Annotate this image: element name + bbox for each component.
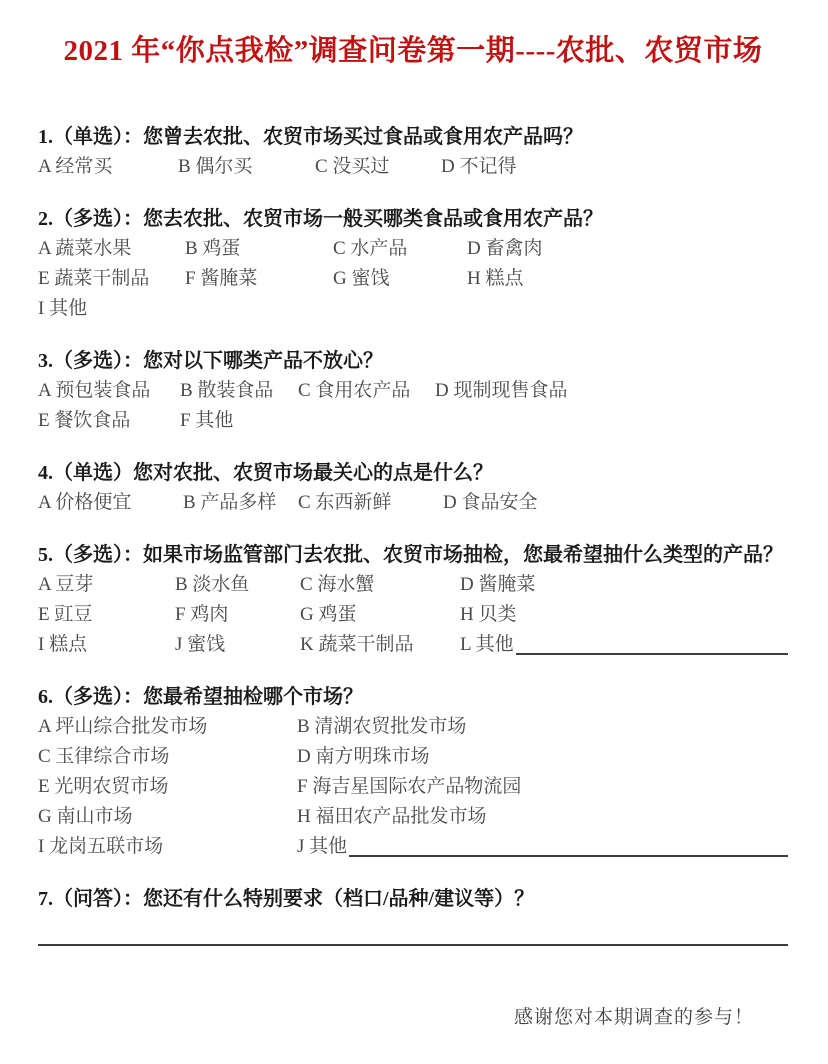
q5-other-blank-line	[516, 652, 788, 655]
q3-option-f: F 其他	[180, 406, 298, 436]
q6-option-c: C 玉律综合市场	[38, 742, 297, 772]
q1-option-c: C 没买过	[315, 152, 441, 182]
q3-option-a: A 预包装食品	[38, 376, 180, 406]
q5-option-h: H 贝类	[460, 600, 788, 630]
q3-option-b: B 散装食品	[180, 376, 298, 406]
question-4: 4.（单选）您对农批、农贸市场最关心的点是什么？ A 价格便宜 B 产品多样 C…	[38, 458, 788, 518]
question-5: 5.（多选）：如果市场监管部门去农批、农贸市场抽检，您最希望抽什么类型的产品？ …	[38, 540, 788, 660]
q1-option-a: A 经常买	[38, 152, 178, 182]
question-2-options-row-2: E 蔬菜干制品 F 酱腌菜 G 蜜饯 H 糕点	[38, 264, 788, 294]
question-6-options-row-1: A 坪山综合批发市场 B 清湖农贸批发市场	[38, 712, 788, 742]
q5-option-b: B 淡水鱼	[175, 570, 300, 600]
q7-answer-blank-line	[38, 938, 788, 946]
question-6-options-row-4: G 南山市场 H 福田农产品批发市场	[38, 802, 788, 832]
question-6-options-row-2: C 玉律综合市场 D 南方明珠市场	[38, 742, 788, 772]
questionnaire-page: 2021 年“你点我检”调查问卷第一期----农批、农贸市场 1.（单选）：您曾…	[0, 0, 828, 1064]
q6-option-j-label: J 其他	[297, 832, 347, 862]
page-title: 2021 年“你点我检”调查问卷第一期----农批、农贸市场	[38, 30, 788, 72]
question-6-options-row-3: E 光明农贸市场 F 海吉星国际农产品物流园	[38, 772, 788, 802]
q6-option-h: H 福田农产品批发市场	[297, 802, 788, 832]
q1-option-d: D 不记得	[441, 152, 788, 182]
q5-option-a: A 豆芽	[38, 570, 175, 600]
q5-option-f: F 鸡肉	[175, 600, 300, 630]
question-1-header: 1.（单选）：您曾去农批、农贸市场买过食品或食用农产品吗？	[38, 122, 788, 152]
q6-option-e: E 光明农贸市场	[38, 772, 297, 802]
q2-option-f: F 酱腌菜	[185, 264, 333, 294]
question-7-header: 7.（问答）：您还有什么特别要求（档口/品种/建议等）？	[38, 884, 788, 914]
q6-other-blank-line	[349, 854, 788, 857]
q4-option-d: D 食品安全	[443, 488, 788, 518]
question-4-header: 4.（单选）您对农批、农贸市场最关心的点是什么？	[38, 458, 788, 488]
q6-option-d: D 南方明珠市场	[297, 742, 788, 772]
q4-option-c: C 东西新鲜	[298, 488, 443, 518]
question-5-options-row-3: I 糕点 J 蜜饯 K 蔬菜干制品 L 其他	[38, 630, 788, 660]
q4-option-b: B 产品多样	[183, 488, 298, 518]
q2-option-h: H 糕点	[467, 264, 788, 294]
question-6: 6.（多选）：您最希望抽检哪个市场？ A 坪山综合批发市场 B 清湖农贸批发市场…	[38, 682, 788, 862]
thank-you-note: 感谢您对本期调查的参与！	[514, 1002, 754, 1029]
q3-option-d: D 现制现售食品	[435, 376, 788, 406]
question-2: 2.（多选）：您去农批、农贸市场一般买哪类食品或食用农产品？ A 蔬菜水果 B …	[38, 204, 788, 324]
q2-option-i: I 其他	[38, 294, 185, 324]
q1-option-b: B 偶尔买	[178, 152, 315, 182]
q5-option-j: J 蜜饯	[175, 630, 300, 660]
q6-option-j-other: J 其他	[297, 832, 788, 862]
q5-option-e: E 豇豆	[38, 600, 175, 630]
question-5-options-row-1: A 豆芽 B 淡水鱼 C 海水蟹 D 酱腌菜	[38, 570, 788, 600]
question-3-header: 3.（多选）：您对以下哪类产品不放心？	[38, 346, 788, 376]
q2-option-g: G 蜜饯	[333, 264, 467, 294]
q3-option-c: C 食用农产品	[298, 376, 435, 406]
question-6-header: 6.（多选）：您最希望抽检哪个市场？	[38, 682, 788, 712]
q2-option-b: B 鸡蛋	[185, 234, 333, 264]
q2-option-d: D 畜禽肉	[467, 234, 788, 264]
question-1: 1.（单选）：您曾去农批、农贸市场买过食品或食用农产品吗？ A 经常买 B 偶尔…	[38, 122, 788, 182]
q5-option-i: I 糕点	[38, 630, 175, 660]
q5-option-g: G 鸡蛋	[300, 600, 460, 630]
question-3-options-row-2: E 餐饮食品 F 其他	[38, 406, 788, 436]
question-4-options: A 价格便宜 B 产品多样 C 东西新鲜 D 食品安全	[38, 488, 788, 518]
q6-option-b: B 清湖农贸批发市场	[297, 712, 788, 742]
question-1-options: A 经常买 B 偶尔买 C 没买过 D 不记得	[38, 152, 788, 182]
q5-option-k: K 蔬菜干制品	[300, 630, 460, 660]
q5-option-l-other: L 其他	[460, 630, 788, 660]
question-3-options-row-1: A 预包装食品 B 散装食品 C 食用农产品 D 现制现售食品	[38, 376, 788, 406]
q5-option-l-label: L 其他	[460, 630, 514, 660]
q6-option-a: A 坪山综合批发市场	[38, 712, 297, 742]
question-2-header: 2.（多选）：您去农批、农贸市场一般买哪类食品或食用农产品？	[38, 204, 788, 234]
q3-option-e: E 餐饮食品	[38, 406, 180, 436]
q6-option-f: F 海吉星国际农产品物流园	[297, 772, 788, 802]
question-6-options-row-5: I 龙岗五联市场 J 其他	[38, 832, 788, 862]
q5-option-d: D 酱腌菜	[460, 570, 788, 600]
q5-option-c: C 海水蟹	[300, 570, 460, 600]
question-2-options-row-3: I 其他	[38, 294, 788, 324]
q6-option-i: I 龙岗五联市场	[38, 832, 297, 862]
q6-option-g: G 南山市场	[38, 802, 297, 832]
question-5-options-row-2: E 豇豆 F 鸡肉 G 鸡蛋 H 贝类	[38, 600, 788, 630]
question-5-header: 5.（多选）：如果市场监管部门去农批、农贸市场抽检，您最希望抽什么类型的产品？	[38, 540, 788, 570]
question-3: 3.（多选）：您对以下哪类产品不放心？ A 预包装食品 B 散装食品 C 食用农…	[38, 346, 788, 436]
question-7: 7.（问答）：您还有什么特别要求（档口/品种/建议等）？	[38, 884, 788, 946]
q2-option-e: E 蔬菜干制品	[38, 264, 185, 294]
q2-option-a: A 蔬菜水果	[38, 234, 185, 264]
q4-option-a: A 价格便宜	[38, 488, 183, 518]
q2-option-c: C 水产品	[333, 234, 467, 264]
question-2-options-row-1: A 蔬菜水果 B 鸡蛋 C 水产品 D 畜禽肉	[38, 234, 788, 264]
